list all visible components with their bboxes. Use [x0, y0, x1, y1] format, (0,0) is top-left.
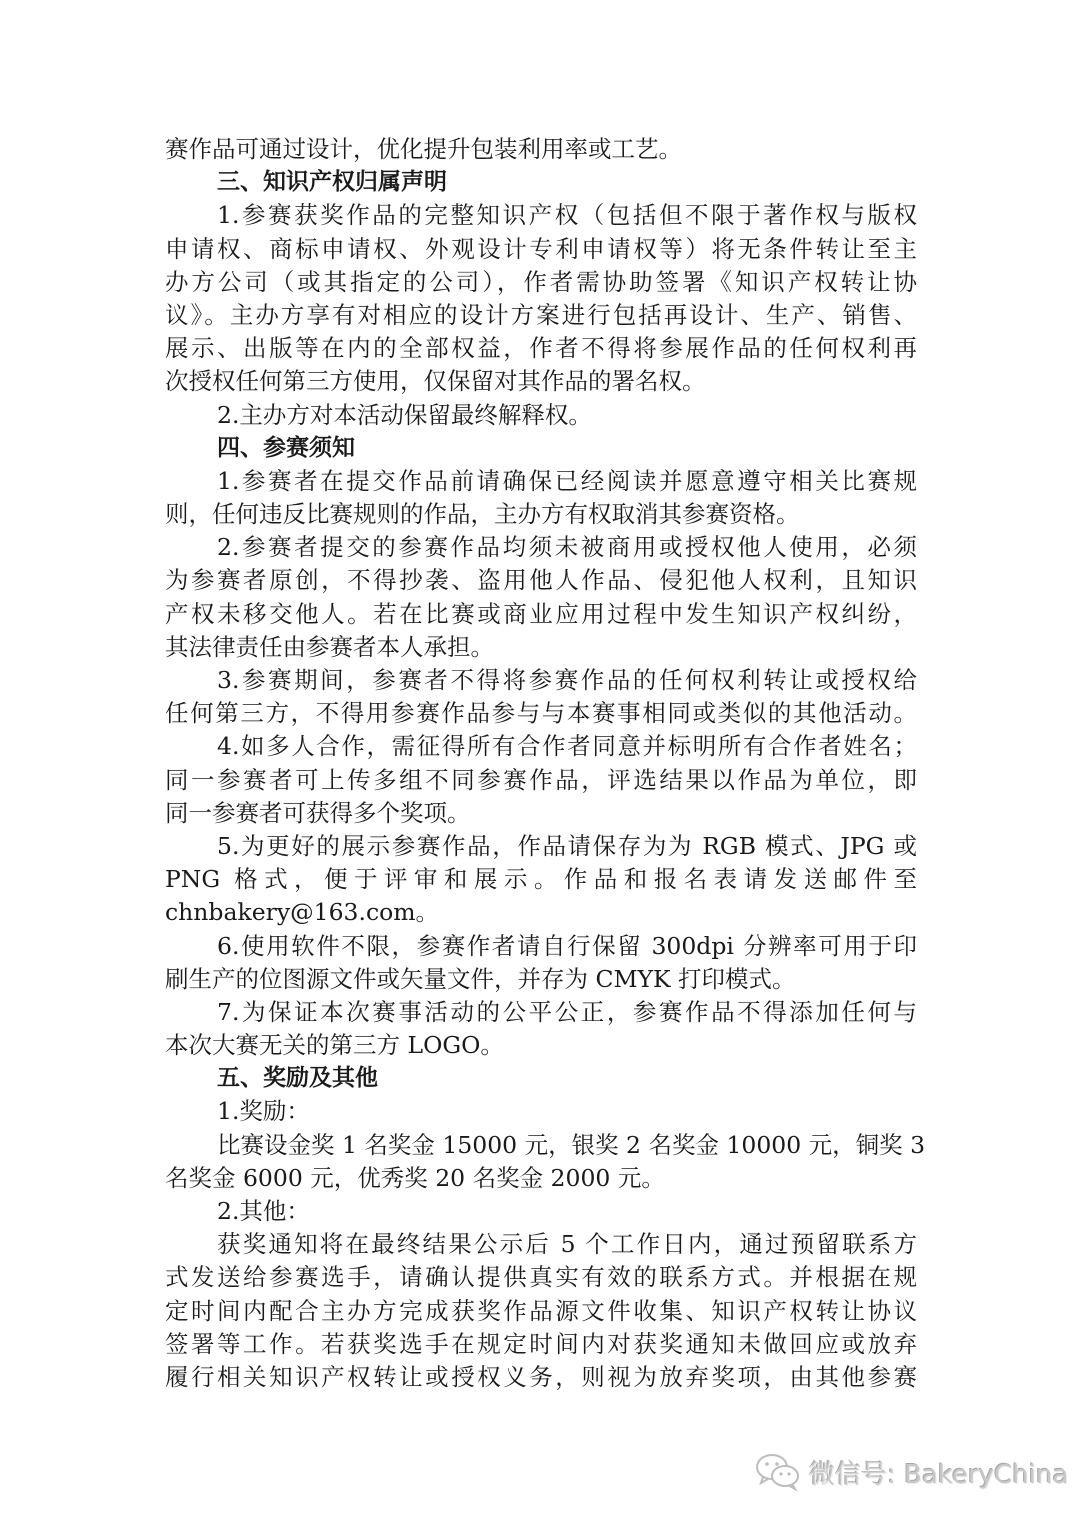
body-line: 同一参赛者可上传多组不同参赛作品，评选结果以作品为单位，即 — [165, 764, 917, 797]
paragraph-end-line: 其法律责任由参赛者本人承担。 — [165, 631, 917, 664]
paragraph-start-line: 1.参赛者在提交作品前请确保已经阅读并愿意遵守相关比赛规 — [165, 465, 917, 498]
watermark: 微信号: BakeryChina — [755, 1452, 1068, 1492]
paragraph-end-line: chnbakery@163.com。 — [165, 896, 917, 929]
section-heading: 三、知识产权归属声明 — [165, 166, 917, 199]
paragraph-end-line: 则，任何违反比赛规则的作品，主办方有权取消其参赛资格。 — [165, 498, 917, 531]
body-line: 任何第三方，不得用参赛作品参与与本赛事相同或类似的其他活动。 — [165, 697, 917, 730]
body-line: 展示、出版等在内的全部权益，作者不得将参展作品的任何权利再 — [165, 332, 917, 365]
section-heading: 五、奖励及其他 — [165, 1062, 917, 1095]
document-page: 赛作品可通过设计，优化提升包装利用率或工艺。三、知识产权归属声明1.参赛获奖作品… — [165, 133, 917, 1394]
body-line: 式发送给参赛选手，请确认提供真实有效的联系方式。并根据在规 — [165, 1261, 917, 1294]
paragraph-line: 2.主办方对本活动保留最终解释权。 — [165, 399, 917, 432]
body-line: 定时间内配合主办方完成获奖作品源文件收集、知识产权转让协议 — [165, 1295, 917, 1328]
paragraph-start-line: 2.参赛者提交的参赛作品均须未被商用或授权他人使用，必须 — [165, 531, 917, 564]
paragraph-end-line: 名奖金 6000 元，优秀奖 20 名奖金 2000 元。 — [165, 1162, 917, 1195]
paragraph-end-line: 本次大赛无关的第三方 LOGO。 — [165, 1029, 917, 1062]
wechat-icon — [755, 1452, 801, 1492]
body-line: 履行相关知识产权转让或授权义务，则视为放弃奖项，由其他参赛 — [165, 1361, 917, 1394]
section-heading: 四、参赛须知 — [165, 432, 917, 465]
body-line: 签署等工作。若获奖选手在规定时间内对获奖通知未做回应或放弃 — [165, 1328, 917, 1361]
paragraph-start-line: 获奖通知将在最终结果公示后 5 个工作日内，通过预留联系方 — [165, 1228, 917, 1261]
paragraph-start-line: 1.参赛获奖作品的完整知识产权（包括但不限于著作权与版权 — [165, 199, 917, 232]
paragraph-end-line: 次授权任何第三方使用，仅保留对其作品的署名权。 — [165, 365, 917, 398]
watermark-text: 微信号: BakeryChina — [809, 1454, 1068, 1491]
paragraph-start-line: 4.如多人合作，需征得所有合作者同意并标明所有合作者姓名； — [165, 730, 917, 763]
paragraph-end-line: 同一参赛者可获得多个奖项。 — [165, 797, 917, 830]
paragraph-start-line: 比赛设金奖 1 名奖金 15000 元，银奖 2 名奖金 10000 元，铜奖 … — [165, 1129, 917, 1162]
paragraph-start-line: 5.为更好的展示参赛作品，作品请保存为为 RGB 模式、JPG 或 — [165, 830, 917, 863]
paragraph-line: 2.其他： — [165, 1195, 917, 1228]
body-line: PNG 格式，便于评审和展示。作品和报名表请发送邮件至 — [165, 863, 917, 896]
body-line: 产权未移交他人。若在比赛或商业应用过程中发生知识产权纠纷， — [165, 598, 917, 631]
body-line: 议》。主办方享有对相应的设计方案进行包括再设计、生产、销售、 — [165, 299, 917, 332]
paragraph-line: 1.奖励： — [165, 1095, 917, 1128]
paragraph-start-line: 7.为保证本次赛事活动的公平公正，参赛作品不得添加任何与 — [165, 996, 917, 1029]
paragraph-start-line: 6.使用软件不限，参赛作者请自行保留 300dpi 分辨率可用于印 — [165, 930, 917, 963]
paragraph-start-line: 3.参赛期间，参赛者不得将参赛作品的任何权利转让或授权给 — [165, 664, 917, 697]
body-line: 办方公司（或其指定的公司），作者需协助签署《知识产权转让协 — [165, 266, 917, 299]
paragraph-end-line: 刷生产的位图源文件或矢量文件，并存为 CMYK 打印模式。 — [165, 963, 917, 996]
body-line: 为参赛者原创，不得抄袭、盗用他人作品、侵犯他人权利，且知识 — [165, 564, 917, 597]
paragraph-end-line: 赛作品可通过设计，优化提升包装利用率或工艺。 — [165, 133, 917, 166]
body-line: 申请权、商标申请权、外观设计专利申请权等）将无条件转让至主 — [165, 233, 917, 266]
